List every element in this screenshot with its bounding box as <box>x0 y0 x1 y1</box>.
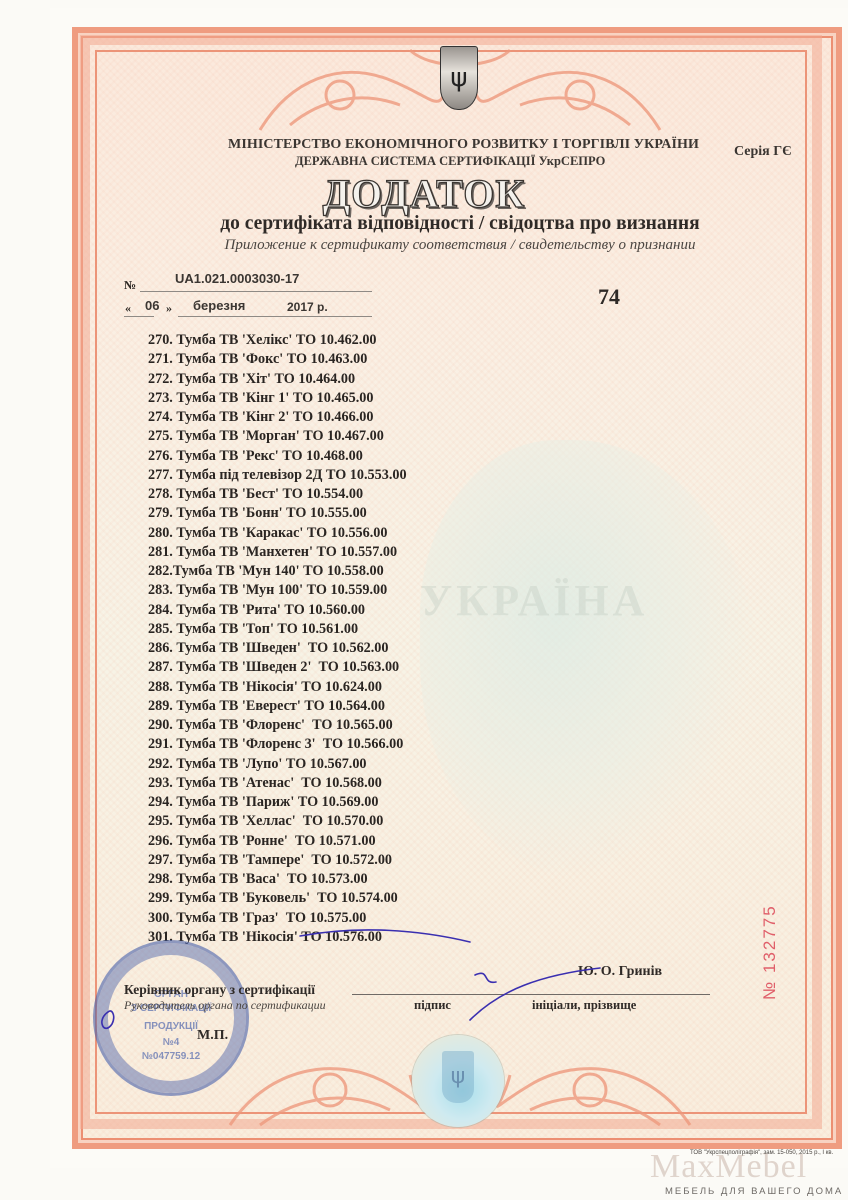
brand-tagline: МЕБЕЛЬ ДЛЯ ВАШЕГО ДОМА <box>665 1186 843 1197</box>
serial-number: № 132775 <box>760 904 780 1000</box>
printer-note: ТОВ "Укрспецполіграфія", зам. 15-050, 20… <box>690 1150 833 1156</box>
handwritten-signature <box>0 0 848 1200</box>
